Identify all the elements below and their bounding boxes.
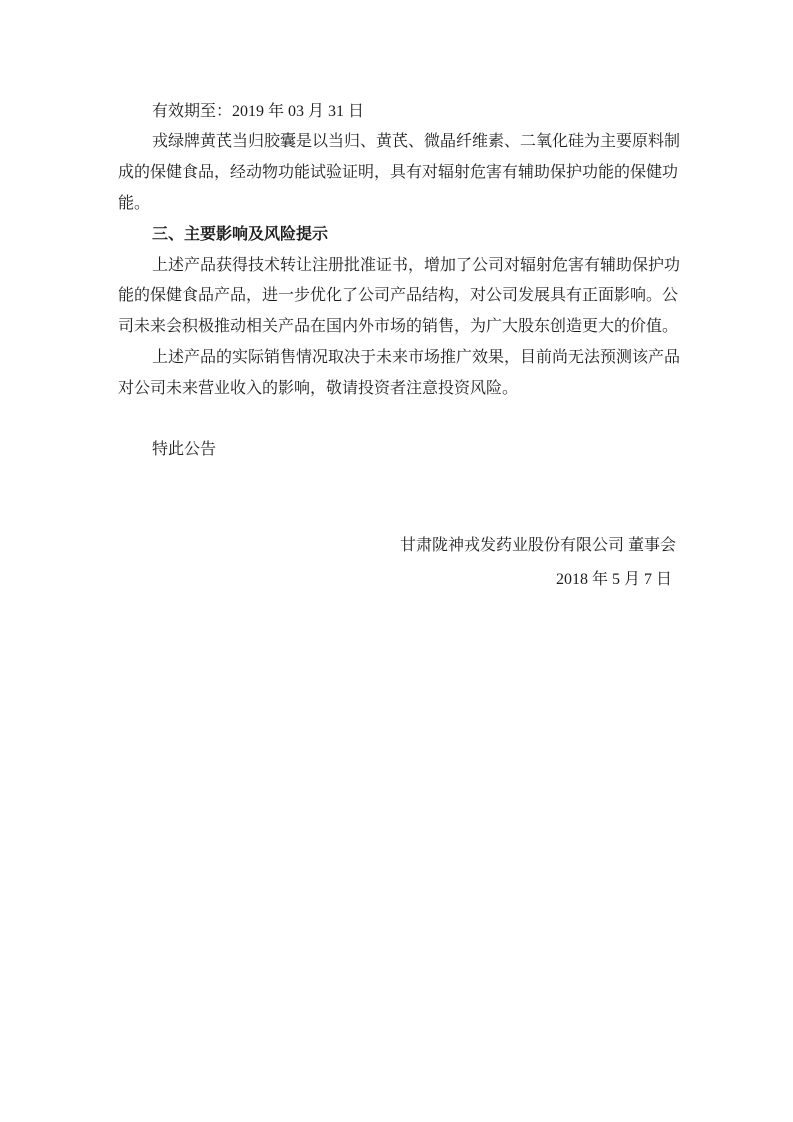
product-description-line: 成的保健食品，经动物功能试验证明，具有对辐射危害有辅助保护功能的保健功 <box>118 158 678 189</box>
document-body-text: 有效期至：2019 年 03 月 31 日 戎绿牌黄芪当归胶囊是以当归、黄芪、微… <box>118 97 678 597</box>
closing-statement: 特此公告 <box>118 435 678 466</box>
product-description-line: 戎绿牌黄芪当归胶囊是以当归、黄芪、微晶纤维素、二氧化硅为主要原料制 <box>118 127 678 158</box>
impact-paragraph-line: 上述产品获得技术转让注册批准证书，增加了公司对辐射危害有辅助保护功 <box>118 251 678 282</box>
blank-spacer <box>118 405 678 436</box>
signature-company: 甘肃陇神戎发药业股份有限公司 董事会 <box>118 531 678 562</box>
document-page: 有效期至：2019 年 03 月 31 日 戎绿牌黄芪当归胶囊是以当归、黄芪、微… <box>0 0 793 1122</box>
impact-paragraph-line: 能的保健食品产品，进一步优化了公司产品结构，对公司发展具有正面影响。公 <box>118 281 678 312</box>
blank-spacer <box>118 466 678 530</box>
risk-paragraph-line: 对公司未来营业收入的影响，敬请投资者注意投资风险。 <box>118 374 678 405</box>
validity-date-line: 有效期至：2019 年 03 月 31 日 <box>118 97 678 128</box>
section-heading: 三、主要影响及风险提示 <box>118 220 678 251</box>
signature-date: 2018 年 5 月 7 日 <box>118 565 678 596</box>
risk-paragraph-line: 上述产品的实际销售情况取决于未来市场推广效果，目前尚无法预测该产品 <box>118 343 678 374</box>
product-description-line: 能。 <box>118 189 678 220</box>
impact-paragraph-line: 司未来会积极推动相关产品在国内外市场的销售，为广大股东创造更大的价值。 <box>118 312 678 343</box>
